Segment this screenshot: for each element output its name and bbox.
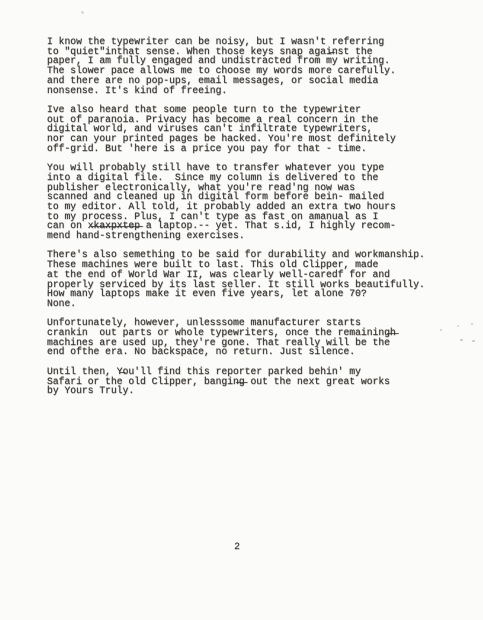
ink-speck [472,340,475,342]
ink-speck [460,339,463,341]
paragraph-3: You will probably still have to transfer… [47,163,447,241]
paragraph-6: Until then, Y̶ou'll find this reporter p… [47,367,447,396]
page-number: 2 [47,542,427,552]
typewritten-text-block: I know the typewriter can be noisy, but … [47,37,447,406]
paragraph-4: There's also semething to be said for du… [47,250,447,308]
paragraph-2: Ive also heard that some people turn to … [47,105,447,154]
ink-speck [81,11,84,14]
ink-speck [440,329,442,331]
paragraph-5: Unfortunately, however, unlesssome manuf… [47,318,447,357]
ink-speck [471,323,473,325]
document-page: I know the typewriter can be noisy, but … [0,0,483,620]
paragraph-1: I know the typewriter can be noisy, but … [47,37,447,95]
ink-speck [457,325,459,327]
